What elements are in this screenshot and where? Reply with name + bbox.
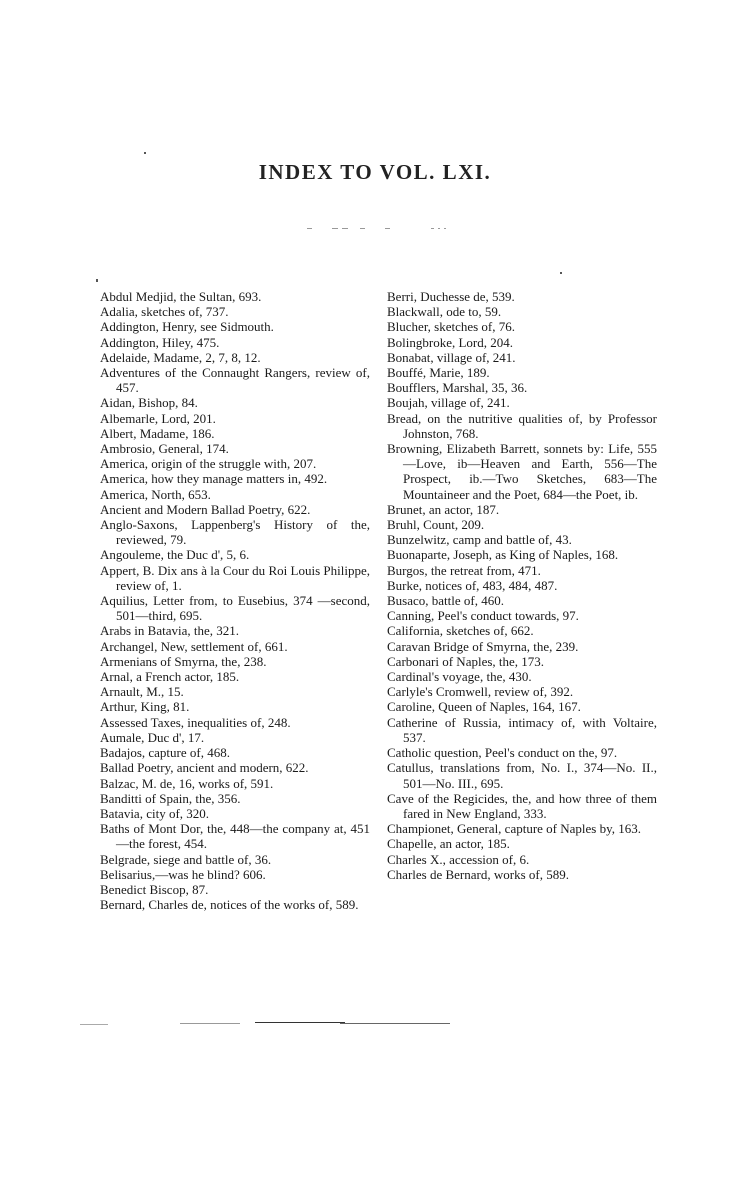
index-entry: Boufflers, Marshal, 35, 36.	[387, 380, 657, 395]
index-entry: Charles de Bernard, works of, 589.	[387, 867, 657, 882]
index-entry: Ballad Poetry, ancient and modern, 622.	[100, 760, 370, 775]
index-entry: Adelaide, Madame, 2, 7, 8, 12.	[100, 350, 370, 365]
index-entry: Badajos, capture of, 468.	[100, 745, 370, 760]
index-entry: Catholic question, Peel's conduct on the…	[387, 745, 657, 760]
index-entry: Ambrosio, General, 174.	[100, 441, 370, 456]
index-entry: Bouffé, Marie, 189.	[387, 365, 657, 380]
index-entry: Batavia, city of, 320.	[100, 806, 370, 821]
index-entry: Catherine of Russia, intimacy of, with V…	[387, 715, 657, 745]
index-entry: Appert, B. Dix ans à la Cour du Roi Loui…	[100, 563, 370, 593]
index-entry: Charles X., accession of, 6.	[387, 852, 657, 867]
index-entry: Armenians of Smyrna, the, 238.	[100, 654, 370, 669]
index-entry: Burke, notices of, 483, 484, 487.	[387, 578, 657, 593]
index-entry: Brunet, an actor, 187.	[387, 502, 657, 517]
bottom-divider	[80, 1022, 350, 1025]
index-entry: Arnal, a French actor, 185.	[100, 669, 370, 684]
index-entry: Aquilius, Letter from, to Eusebius, 374 …	[100, 593, 370, 623]
index-entry: Caroline, Queen of Naples, 164, 167.	[387, 699, 657, 714]
index-entry: Arnault, M., 15.	[100, 684, 370, 699]
index-entry: Adalia, sketches of, 737.	[100, 304, 370, 319]
index-entry: Blackwall, ode to, 59.	[387, 304, 657, 319]
title-divider	[305, 228, 445, 230]
index-entry: Baths of Mont Dor, the, 448—the company …	[100, 821, 370, 851]
index-entry: Archangel, New, settlement of, 661.	[100, 639, 370, 654]
index-entry: Canning, Peel's conduct towards, 97.	[387, 608, 657, 623]
index-entry: Adventures of the Connaught Rangers, rev…	[100, 365, 370, 395]
index-entry: Bolingbroke, Lord, 204.	[387, 335, 657, 350]
index-entry: Catullus, translations from, No. I., 374…	[387, 760, 657, 790]
index-entry: Arabs in Batavia, the, 321.	[100, 623, 370, 638]
index-entry: Bread, on the nutritive qualities of, by…	[387, 411, 657, 441]
index-entry: Aumale, Duc d', 17.	[100, 730, 370, 745]
print-speck	[560, 272, 562, 274]
index-entry: Albemarle, Lord, 201.	[100, 411, 370, 426]
print-speck	[96, 279, 98, 282]
index-entry: Chapelle, an actor, 185.	[387, 836, 657, 851]
index-entry: Banditti of Spain, the, 356.	[100, 791, 370, 806]
index-entry: America, origin of the struggle with, 20…	[100, 456, 370, 471]
index-entry: Berri, Duchesse de, 539.	[387, 289, 657, 304]
index-entry: Bunzelwitz, camp and battle of, 43.	[387, 532, 657, 547]
index-entry: Carbonari of Naples, the, 173.	[387, 654, 657, 669]
print-speck	[144, 152, 146, 154]
index-entry: Arthur, King, 81.	[100, 699, 370, 714]
index-entry: Burgos, the retreat from, 471.	[387, 563, 657, 578]
index-entry: Balzac, M. de, 16, works of, 591.	[100, 776, 370, 791]
index-entry: Belgrade, siege and battle of, 36.	[100, 852, 370, 867]
index-entry: Anglo-Saxons, Lappenberg's History of th…	[100, 517, 370, 547]
index-entry: Benedict Biscop, 87.	[100, 882, 370, 897]
index-entry: Abdul Medjid, the Sultan, 693.	[100, 289, 370, 304]
index-entry: Caravan Bridge of Smyrna, the, 239.	[387, 639, 657, 654]
index-entry: Bruhl, Count, 209.	[387, 517, 657, 532]
index-entry: Blucher, sketches of, 76.	[387, 319, 657, 334]
index-entry: Angouleme, the Duc d', 5, 6.	[100, 547, 370, 562]
index-entry: Browning, Elizabeth Barrett, sonnets by:…	[387, 441, 657, 502]
index-entry: Championet, General, capture of Naples b…	[387, 821, 657, 836]
index-entry: Addington, Hiley, 475.	[100, 335, 370, 350]
index-entry: Cardinal's voyage, the, 430.	[387, 669, 657, 684]
index-entry: America, how they manage matters in, 492…	[100, 471, 370, 486]
index-entry: Bonabat, village of, 241.	[387, 350, 657, 365]
index-entry: Assessed Taxes, inequalities of, 248.	[100, 715, 370, 730]
index-column-right: Berri, Duchesse de, 539. Blackwall, ode …	[387, 289, 657, 882]
index-entry: Bernard, Charles de, notices of the work…	[100, 897, 370, 912]
index-entry: Busaco, battle of, 460.	[387, 593, 657, 608]
index-entry: California, sketches of, 662.	[387, 623, 657, 638]
index-entry: Carlyle's Cromwell, review of, 392.	[387, 684, 657, 699]
index-entry: Buonaparte, Joseph, as King of Naples, 1…	[387, 547, 657, 562]
index-entry: Addington, Henry, see Sidmouth.	[100, 319, 370, 334]
index-entry: America, North, 653.	[100, 487, 370, 502]
index-entry: Aidan, Bishop, 84.	[100, 395, 370, 410]
index-column-left: Abdul Medjid, the Sultan, 693. Adalia, s…	[100, 289, 370, 912]
index-entry: Cave of the Regicides, the, and how thre…	[387, 791, 657, 821]
page-title: INDEX TO VOL. LXI.	[0, 160, 750, 185]
index-entry: Albert, Madame, 186.	[100, 426, 370, 441]
index-entry: Boujah, village of, 241.	[387, 395, 657, 410]
index-entry: Belisarius,—was he blind? 606.	[100, 867, 370, 882]
index-entry: Ancient and Modern Ballad Poetry, 622.	[100, 502, 370, 517]
